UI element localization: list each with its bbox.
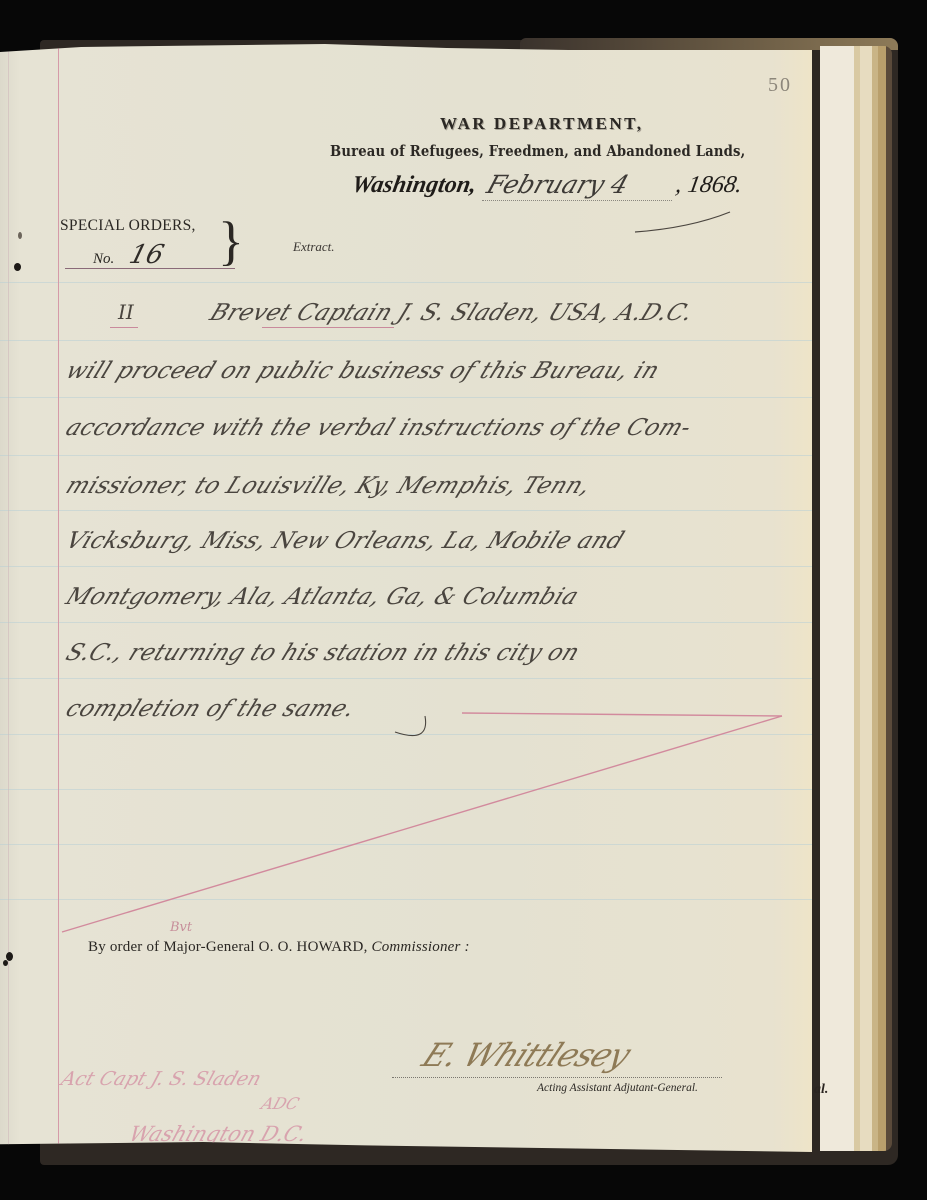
underlying-page-fragment: al. xyxy=(814,1082,828,1098)
red-closing-strokes-icon xyxy=(0,44,812,1152)
signature: E. Whittlesey xyxy=(416,1036,636,1074)
by-order-line: By order of Major-General O. O. HOWARD, … xyxy=(88,939,470,956)
ledger-page: 50 WAR DEPARTMENT, Bureau of Refugees, F… xyxy=(0,44,812,1152)
underlying-pages xyxy=(820,46,892,1151)
rank-insertion-note: Bvt xyxy=(170,920,192,935)
by-order-title: Commissioner : xyxy=(371,939,469,955)
by-order-name: Major-General O. O. HOWARD, xyxy=(163,939,367,955)
by-order-prefix: By order of xyxy=(88,939,159,955)
signature-dotted-line xyxy=(392,1077,722,1078)
margin-note-line-2: ADC xyxy=(259,1094,302,1113)
signature-title: Acting Assistant Adjutant-General. xyxy=(537,1082,698,1094)
margin-note-line-1: Act Capt J. S. Sladen xyxy=(58,1068,264,1090)
